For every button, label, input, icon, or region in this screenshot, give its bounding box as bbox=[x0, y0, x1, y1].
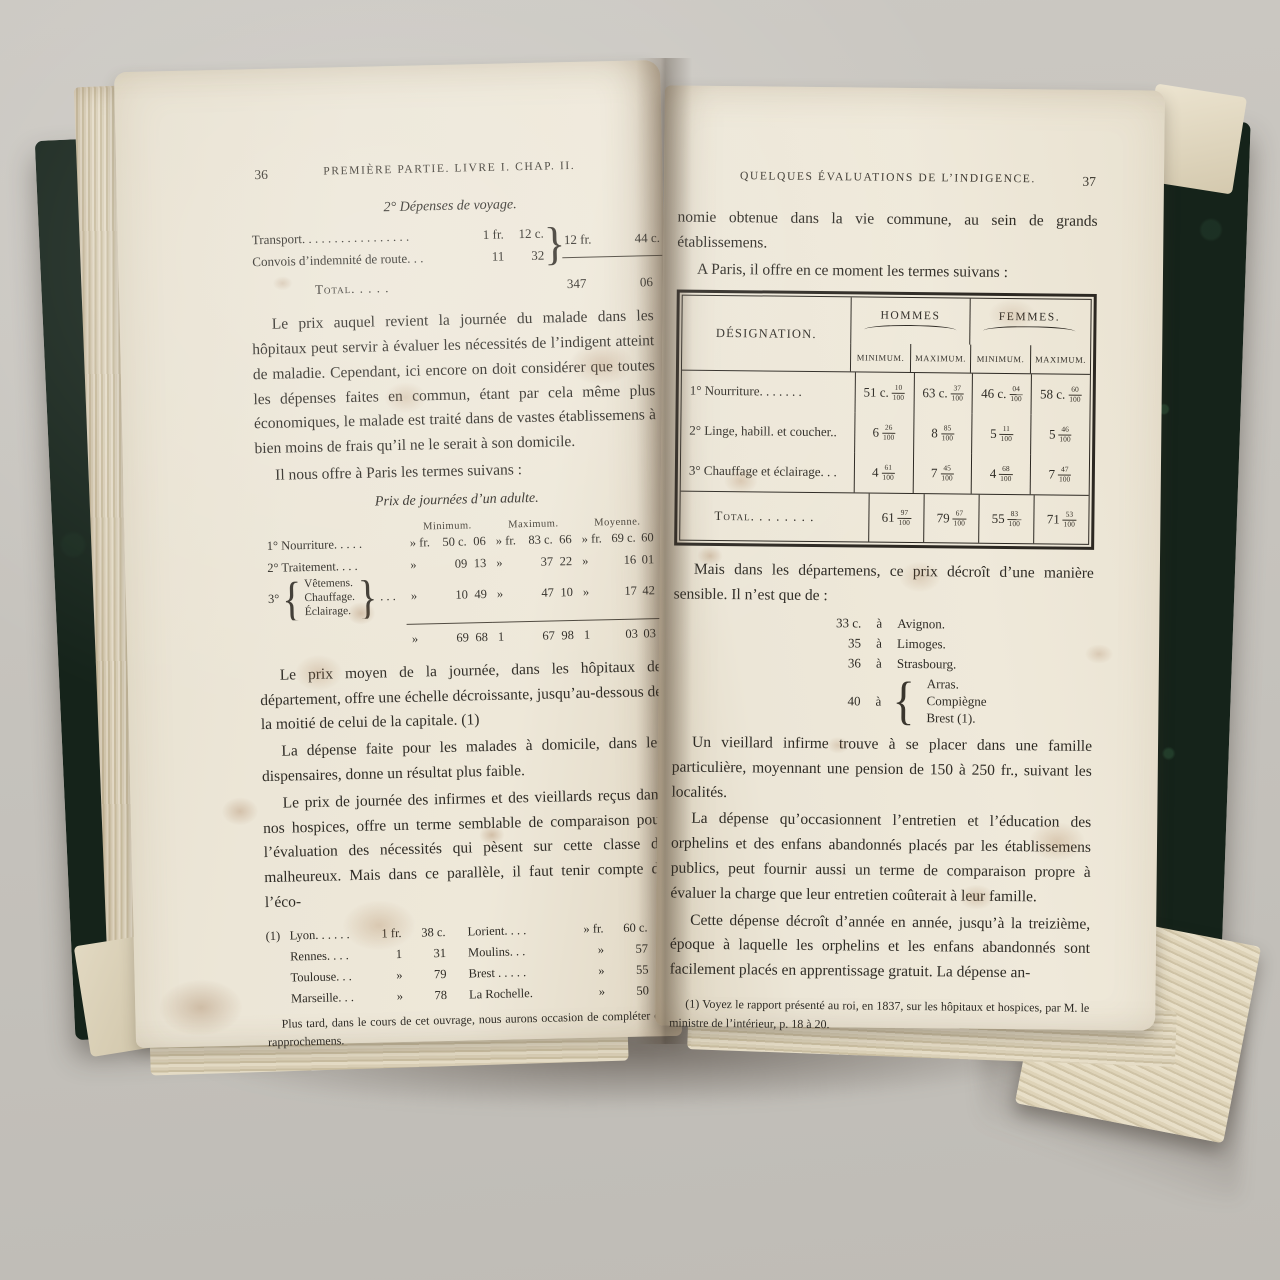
numerator: 60 bbox=[1071, 386, 1079, 395]
place-name: Brest (1). bbox=[926, 710, 986, 728]
table-cell: 12 c. bbox=[504, 224, 544, 245]
brace-glyph: } bbox=[543, 221, 562, 268]
numerator: 53 bbox=[1066, 511, 1074, 520]
denominator: 100 bbox=[882, 433, 895, 443]
left-page: 36 PREMIÈRE PARTIE. LIVRE I. CHAP. II. 2… bbox=[114, 60, 682, 1048]
footnote-price-columns: (1)Lyon. . . . . . 1 fr.38 c. Rennes. . … bbox=[265, 917, 669, 1011]
numerator: 61 bbox=[884, 464, 892, 473]
cell: 37 bbox=[521, 551, 554, 574]
value: 4 bbox=[872, 465, 879, 481]
running-head: PREMIÈRE PARTIE. LIVRE I. CHAP. II. bbox=[248, 158, 650, 179]
fraction: 37100 bbox=[951, 385, 964, 403]
fraction: 04100 bbox=[1009, 385, 1022, 403]
paragraph: Le prix auquel revient la journée du mal… bbox=[252, 304, 657, 462]
cell: » bbox=[568, 939, 604, 961]
cell: 468100 bbox=[971, 454, 1030, 495]
cell: 7153100 bbox=[1033, 496, 1089, 545]
cell: » fr. bbox=[410, 532, 435, 554]
cell: 03 bbox=[607, 623, 638, 646]
subtotal-cell: 12 fr. 44 c. bbox=[562, 228, 663, 257]
place-name: Rennes. . . . bbox=[266, 945, 366, 969]
voyage-expenses-table: Transport. . . . . . . . . . . . . . . .… bbox=[252, 220, 654, 301]
fraction: 47100 bbox=[1058, 466, 1071, 484]
value: 6 bbox=[872, 425, 879, 441]
value: 61 bbox=[882, 510, 895, 526]
place-name: Arras. bbox=[927, 677, 987, 695]
row-label: 3° Chauffage et éclairage. . . bbox=[681, 451, 854, 493]
cell: 50 bbox=[605, 981, 649, 1003]
cell-group: 10303 bbox=[579, 618, 662, 647]
cell: 38 c. bbox=[401, 922, 445, 944]
brace-arc bbox=[864, 325, 956, 333]
cell: 60 c. bbox=[603, 917, 647, 939]
stack-item: Éclairage. bbox=[305, 605, 356, 620]
table-row: 1° Nourriture. . . . . . . 51 c.10100 63… bbox=[682, 371, 1090, 415]
cell: 51 c.10100 bbox=[854, 373, 913, 414]
denominator: 100 bbox=[881, 473, 894, 483]
numerator: 67 bbox=[956, 510, 964, 519]
cell: 49 bbox=[468, 584, 487, 606]
paragraph: Cette dépense décroît d’année en année, … bbox=[670, 908, 1091, 987]
footnote-column: Lorient. . . . » fr.60 c. Moulins. . . »… bbox=[467, 917, 649, 1006]
place-label: (1)Lyon. . . . . . bbox=[265, 924, 365, 948]
numerator: 10 bbox=[895, 384, 903, 393]
cell: 31 bbox=[402, 943, 446, 965]
place-name: La Rochelle. bbox=[469, 983, 569, 1007]
cell-group: 16798 bbox=[493, 620, 580, 649]
cell-group: »4710 bbox=[492, 582, 578, 606]
cell: 63 c.37100 bbox=[913, 373, 972, 414]
right-running-row: QUELQUES ÉVALUATIONS DE L’INDIGENCE. 37 bbox=[678, 170, 1098, 196]
table-row-label: Convois d’indemnité de route. . . bbox=[252, 247, 464, 272]
cell: 03 bbox=[638, 623, 656, 645]
numerator: 37 bbox=[954, 385, 962, 394]
fraction: 61100 bbox=[881, 464, 894, 482]
fraction: 85100 bbox=[941, 425, 954, 443]
column-header: MINIMUM. bbox=[850, 344, 910, 373]
table-cell: 32 bbox=[504, 246, 544, 267]
table-row: 3° { Vêtemens. Chauffage. Éclairage. } .… bbox=[258, 571, 661, 622]
paragraph: Un vieillard infirme trouve à se placer … bbox=[671, 731, 1092, 810]
denominator: 100 bbox=[940, 473, 953, 483]
cell: 79 bbox=[402, 964, 446, 986]
cell: 17 bbox=[606, 581, 637, 604]
list-item: 36àStrasbourg. bbox=[825, 653, 1093, 676]
header-groups: HOMMES FEMMES. MINIMUM. MAXIMUM. MINIMUM… bbox=[850, 298, 1091, 375]
cell: 66 bbox=[552, 529, 571, 551]
dot-leader: . . . bbox=[380, 586, 396, 608]
group-header: HOMMES bbox=[850, 298, 969, 345]
denominator: 100 bbox=[1058, 434, 1071, 444]
place-name: Marseille. . . bbox=[267, 987, 367, 1011]
cell: 885100 bbox=[913, 413, 972, 454]
cell: 67 bbox=[522, 625, 555, 648]
cell: 01 bbox=[636, 549, 654, 571]
cell: 745100 bbox=[912, 453, 971, 494]
cell: 461100 bbox=[853, 453, 912, 494]
value: 71 bbox=[1047, 512, 1060, 528]
table-total-row: »6968 16798 10303 bbox=[259, 614, 662, 654]
cell: » bbox=[568, 961, 604, 983]
cell-group: »3722 bbox=[491, 551, 577, 575]
list-item: 40 à { Arras. Compiègne Brest (1). bbox=[824, 676, 1093, 729]
table-row: 3° Chauffage et éclairage. . . 461100 74… bbox=[681, 451, 1089, 495]
cell: 58 c.60100 bbox=[1031, 375, 1090, 416]
numerator: 26 bbox=[885, 424, 893, 433]
cell: 511100 bbox=[971, 414, 1030, 455]
value: 63 c. bbox=[922, 386, 947, 402]
fraction: 10100 bbox=[892, 384, 905, 402]
cell-group: »1601 bbox=[577, 549, 659, 573]
cell: » fr. bbox=[495, 530, 520, 552]
numerator: 68 bbox=[1002, 465, 1010, 474]
column-header: MINIMUM. bbox=[970, 345, 1030, 374]
group-label: HOMMES bbox=[880, 310, 940, 323]
subheader-row: MINIMUM. MAXIMUM. MINIMUM. MAXIMUM. bbox=[850, 344, 1090, 375]
table-cell: 44 c. bbox=[634, 228, 660, 249]
cell: » bbox=[496, 552, 521, 574]
value: 4 bbox=[990, 466, 997, 482]
cell: 13 bbox=[467, 553, 486, 575]
photo-scene: 36 PREMIÈRE PARTIE. LIVRE I. CHAP. II. 2… bbox=[0, 0, 1280, 1280]
fraction: 60100 bbox=[1068, 386, 1081, 404]
row-number: 3° bbox=[268, 589, 280, 611]
table-row-label: Transport. . . . . . . . . . . . . . . .… bbox=[252, 225, 464, 250]
cell: 57 bbox=[604, 938, 648, 960]
cell: » bbox=[569, 982, 605, 1004]
total-label: Total. . . . . . . . bbox=[680, 492, 868, 542]
denominator: 100 bbox=[1063, 519, 1076, 529]
place-name: Lyon. . . . . . bbox=[289, 927, 349, 942]
department-price-list: 33 c.àAvignon. 35àLimoges. 36àStrasbourg… bbox=[824, 613, 1093, 729]
fraction: 26100 bbox=[882, 424, 895, 442]
footnote-text: Plus tard, dans le cours de cet ouvrage,… bbox=[267, 1006, 670, 1051]
value: 5 bbox=[1049, 427, 1056, 443]
cell: 09 bbox=[435, 553, 468, 576]
cell: » bbox=[583, 582, 607, 604]
value: 55 bbox=[992, 511, 1005, 527]
row-label: 1° Nourriture. . . . . . . bbox=[682, 371, 855, 413]
footnote-text: (1) Voyez le rapport présenté au roi, en… bbox=[669, 995, 1089, 1037]
stacked-items: Vêtemens. Chauffage. Éclairage. bbox=[304, 577, 355, 620]
cell: » bbox=[497, 583, 522, 605]
cell-group: »1049 bbox=[406, 584, 492, 608]
cell-group: »0913 bbox=[405, 552, 491, 576]
fraction: 67100 bbox=[953, 510, 966, 528]
cell: 69 c. bbox=[605, 527, 636, 550]
cell: 1 fr. bbox=[365, 923, 401, 945]
fraction: 83100 bbox=[1008, 510, 1021, 528]
fraction: 46100 bbox=[1058, 426, 1071, 444]
cell: 68 bbox=[469, 627, 488, 649]
running-head: QUELQUES ÉVALUATIONS DE L’INDIGENCE. bbox=[678, 170, 1098, 186]
place-name: Avignon. bbox=[897, 614, 945, 635]
denominator: 100 bbox=[1008, 519, 1021, 529]
table-cell: 06 bbox=[640, 272, 653, 292]
brace-glyph: { bbox=[892, 680, 915, 723]
table-cell: 11 bbox=[464, 246, 504, 267]
cell: 46 c.04100 bbox=[972, 374, 1031, 415]
cell: 06 bbox=[466, 531, 485, 553]
stacked-items: Arras. Compiègne Brest (1). bbox=[926, 677, 986, 728]
right-page: QUELQUES ÉVALUATIONS DE L’INDIGENCE. 37 … bbox=[655, 85, 1165, 1030]
paris-rates-table: DÉSIGNATION. HOMMES FEMMES. MINIMUM. MAX… bbox=[674, 290, 1097, 550]
cell: 69 bbox=[436, 627, 469, 650]
cell: » fr. bbox=[567, 918, 603, 940]
paragraph: Mais dans les départemens, ce prix décro… bbox=[673, 558, 1093, 612]
cell: 22 bbox=[553, 551, 572, 573]
fraction: 68100 bbox=[999, 465, 1012, 483]
list-item: 33 c.àAvignon. bbox=[825, 613, 1093, 636]
numerator: 97 bbox=[901, 509, 909, 518]
cell: 10 bbox=[554, 582, 573, 604]
cell: » bbox=[367, 986, 403, 1008]
cell: 1 bbox=[498, 626, 523, 648]
fraction: 45100 bbox=[940, 465, 953, 483]
cell: 546100 bbox=[1030, 415, 1089, 456]
denominator: 100 bbox=[951, 393, 964, 403]
group-label: FEMMES. bbox=[999, 311, 1060, 324]
cell: 5583100 bbox=[978, 495, 1034, 544]
cell-group: » fr.69 c.60 bbox=[576, 527, 658, 551]
price: 35 bbox=[825, 633, 861, 654]
place-name: Compiègne bbox=[926, 693, 986, 711]
stack-item: Chauffage. bbox=[304, 591, 355, 606]
cell-group: »1742 bbox=[578, 580, 660, 604]
cell: 747100 bbox=[1030, 455, 1089, 496]
place-name: Brest . . . . . bbox=[468, 961, 568, 985]
place-name: Moulins. . . bbox=[468, 940, 568, 964]
cell: 42 bbox=[637, 580, 655, 602]
value: 8 bbox=[931, 426, 938, 442]
cell: 1 bbox=[366, 944, 402, 966]
prep: à bbox=[873, 614, 885, 634]
cell: 98 bbox=[555, 625, 574, 647]
value: 46 c. bbox=[981, 386, 1006, 402]
cell: 16 bbox=[605, 549, 636, 572]
left-running-row: 36 PREMIÈRE PARTIE. LIVRE I. CHAP. II. bbox=[248, 158, 650, 189]
paragraph: Le prix moyen de la journée, dans les hô… bbox=[259, 655, 663, 738]
numerator: 46 bbox=[1061, 426, 1069, 435]
value: 7 bbox=[1048, 467, 1055, 483]
paragraph: La dépense faite pour les malades à domi… bbox=[261, 731, 664, 790]
left-page-content: 36 PREMIÈRE PARTIE. LIVRE I. CHAP. II. 2… bbox=[248, 158, 670, 1063]
footnote-column: (1)Lyon. . . . . . 1 fr.38 c. Rennes. . … bbox=[265, 922, 447, 1011]
cell: 55 bbox=[604, 960, 648, 982]
brace-glyph: { bbox=[282, 578, 302, 621]
cell: 10 bbox=[435, 585, 468, 608]
table-total-row: Total. . . . . . . . 6197100 7967100 558… bbox=[680, 491, 1088, 544]
cell: 83 c. bbox=[520, 529, 553, 552]
cell: » bbox=[412, 628, 437, 650]
row-label: 2° Linge, habill. et coucher.. bbox=[681, 411, 854, 453]
paragraph: A Paris, il offre en ce moment les terme… bbox=[677, 257, 1097, 286]
denominator: 100 bbox=[1009, 394, 1022, 404]
denominator: 100 bbox=[898, 518, 911, 528]
table-cell: 347 bbox=[567, 274, 587, 295]
adult-day-price-table: Prix de journées d’un adulte. Minimum. M… bbox=[256, 488, 661, 654]
place-name: Lorient. . . . bbox=[467, 919, 567, 943]
table-cell: 12 fr. bbox=[564, 230, 592, 251]
list-item: 35àLimoges. bbox=[825, 633, 1093, 656]
brace-arc bbox=[983, 326, 1075, 334]
cell-group: » fr.50 c.06 bbox=[405, 531, 491, 555]
cell: » bbox=[582, 550, 606, 572]
right-page-content: QUELQUES ÉVALUATIONS DE L’INDIGENCE. 37 … bbox=[669, 170, 1098, 1049]
table-title: Prix de journées d’un adulte. bbox=[256, 488, 658, 513]
cell: 1 bbox=[584, 624, 608, 646]
paragraph: Le prix de journée des infirmes et des v… bbox=[262, 783, 667, 916]
column-header: MAXIMUM. bbox=[1030, 346, 1090, 375]
denominator: 100 bbox=[953, 518, 966, 528]
value: 51 c. bbox=[863, 385, 888, 401]
place-name: Toulouse. . . bbox=[266, 966, 366, 990]
total-label: Total. . . . . bbox=[253, 276, 465, 301]
page-number: 37 bbox=[1082, 174, 1096, 190]
paragraph: La dépense qu’occasionnent l’entretien e… bbox=[670, 807, 1091, 911]
table-inner-border: DÉSIGNATION. HOMMES FEMMES. MINIMUM. MAX… bbox=[679, 295, 1092, 545]
cell: 60 bbox=[635, 527, 653, 549]
fraction: 97100 bbox=[898, 509, 911, 527]
price: 40 bbox=[824, 691, 860, 712]
table-header: DÉSIGNATION. HOMMES FEMMES. MINIMUM. MAX… bbox=[682, 296, 1091, 375]
group-header-row: HOMMES FEMMES. bbox=[850, 298, 1090, 347]
numerator: 04 bbox=[1012, 385, 1020, 394]
numerator: 83 bbox=[1011, 510, 1019, 519]
value: 7 bbox=[931, 466, 938, 482]
cell-group: » fr.83 c.66 bbox=[490, 529, 576, 553]
designation-header: DÉSIGNATION. bbox=[682, 296, 851, 372]
numerator: 85 bbox=[944, 425, 952, 434]
cell: 50 c. bbox=[434, 531, 467, 554]
fraction: 11100 bbox=[1000, 425, 1013, 443]
value: 79 bbox=[937, 511, 950, 527]
spacer bbox=[259, 635, 407, 638]
cell: » fr. bbox=[581, 528, 605, 550]
page-number: 36 bbox=[254, 167, 268, 183]
cell: 7967100 bbox=[923, 495, 979, 544]
value: 5 bbox=[990, 426, 997, 442]
row-label: 3° { Vêtemens. Chauffage. Éclairage. } .… bbox=[258, 576, 407, 621]
cell: 6197100 bbox=[868, 494, 924, 543]
prep: à bbox=[872, 691, 884, 711]
cell-group: »6968 bbox=[407, 622, 494, 651]
footnote-marker: (1) bbox=[265, 925, 289, 947]
cell: 78 bbox=[403, 985, 447, 1007]
denominator: 100 bbox=[892, 393, 905, 403]
price: 33 c. bbox=[825, 613, 861, 634]
numerator: 47 bbox=[1061, 466, 1069, 475]
place-name: Limoges. bbox=[897, 634, 946, 655]
prep: à bbox=[873, 634, 885, 654]
total-cell: 347 06 bbox=[563, 272, 663, 294]
price: 36 bbox=[825, 653, 861, 674]
table-row: 2° Linge, habill. et coucher.. 626100 88… bbox=[681, 411, 1089, 455]
paragraph: nomie obtenue dans la vie commune, au se… bbox=[677, 206, 1097, 260]
footnote: (1)Lyon. . . . . . 1 fr.38 c. Rennes. . … bbox=[265, 917, 670, 1051]
numerator: 11 bbox=[1003, 425, 1010, 434]
denominator: 100 bbox=[999, 474, 1012, 484]
stack-item: Vêtemens. bbox=[304, 577, 355, 592]
cell: 47 bbox=[521, 583, 554, 606]
cell: » bbox=[411, 585, 436, 607]
denominator: 100 bbox=[1058, 474, 1071, 484]
brace-glyph: } bbox=[358, 576, 378, 619]
numerator: 45 bbox=[943, 465, 951, 474]
cell: » bbox=[410, 554, 435, 576]
column-header: MAXIMUM. bbox=[910, 344, 970, 373]
section-title: 2° Dépenses de voyage. bbox=[249, 194, 651, 219]
denominator: 100 bbox=[1000, 434, 1013, 444]
prep: à bbox=[873, 654, 885, 674]
cell: » bbox=[366, 965, 402, 987]
cell: 626100 bbox=[854, 413, 913, 454]
fraction: 53100 bbox=[1063, 511, 1076, 529]
table-cell: 1 fr. bbox=[464, 224, 504, 245]
value: 58 c. bbox=[1040, 387, 1065, 403]
denominator: 100 bbox=[941, 433, 954, 443]
group-header: FEMMES. bbox=[969, 299, 1088, 346]
denominator: 100 bbox=[1068, 395, 1081, 405]
